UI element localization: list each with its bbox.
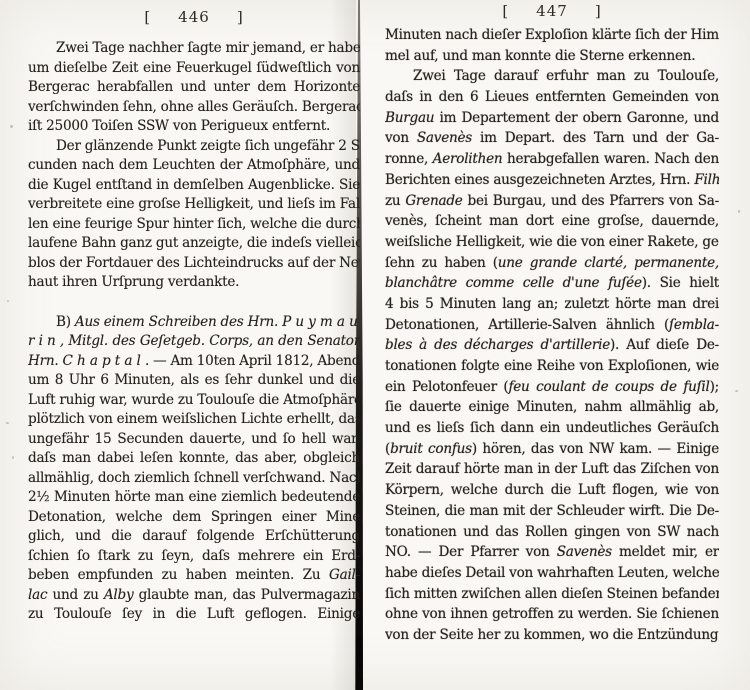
text-line: Zwei Tage nachher ſagte mir jemand, er h… xyxy=(28,39,360,59)
text-line: NO. — Der Pfarrer von Savenès meldet mir… xyxy=(385,542,719,563)
text-line: daſs man dabei leſen konnte, das aber, o… xyxy=(28,449,360,469)
text-line: Detonation, welche dem Springen einer Mi… xyxy=(28,508,360,528)
paragraph: Minuten nach dieſer Exploſion klärte ſic… xyxy=(385,25,719,66)
text-line: ein Pelotonfeuer (feu coulant de coups d… xyxy=(385,377,719,398)
text-line: ſie dauerte einige Minuten, nahm allmähl… xyxy=(385,397,719,418)
text-line: und es lieſs ſich dann ein undeutliches … xyxy=(385,418,719,439)
text-line: Minuten nach dieſer Exploſion klärte ſic… xyxy=(385,25,719,46)
text-line: blanchâtre comme celle d'une fuſée). Sie… xyxy=(385,273,719,294)
page-number-right: 447 xyxy=(536,2,568,20)
paragraph: Zwei Tage nachher ſagte mir jemand, er h… xyxy=(28,39,360,137)
text-line: ronne, Aerolithen herabgefallen waren. N… xyxy=(385,149,719,170)
bracket-close: ] xyxy=(595,2,602,20)
text-line: 4 bis 5 Minuten lang an; zuletzt hörte m… xyxy=(385,294,719,315)
text-line: B) Aus einem Schreiben des Hrn. Puymau- xyxy=(28,313,360,333)
text-line: tonationen folgte eine Reihe von Exploſi… xyxy=(385,356,719,377)
text-line: Der glänzende Punkt zeigte ſich ungefähr… xyxy=(28,137,360,157)
text-line: rin, Mitgl. des Geſetgeb. Corps, an den … xyxy=(28,332,360,352)
left-page-text: Zwei Tage nachher ſagte mir jemand, er h… xyxy=(28,39,360,625)
text-line: len eine feurige Spur hinter ſich, welch… xyxy=(28,215,360,235)
bracket-open: [ xyxy=(144,8,151,26)
text-line: von der Seite her zu kommen, wo die Entz… xyxy=(385,625,719,646)
paragraph: Zwei Tage darauf erfuhr man zu Toulouſe,… xyxy=(385,66,719,645)
text-line: verſchwinden ſehn, ohne alles Geräuſch. … xyxy=(28,98,360,118)
scan-noise-speck xyxy=(12,456,14,459)
text-line: blos der Fortdauer des Lichteindrucks au… xyxy=(28,254,360,274)
text-line: venès, ſcheint man dort eine groſse, dau… xyxy=(385,211,719,232)
paragraph: B) Aus einem Schreiben des Hrn. Puymau-r… xyxy=(28,313,360,625)
text-line: zu Toulouſe ſey in die Luft geflogen. Ei… xyxy=(28,605,360,625)
text-line: mel auf, und man konnte die Sterne erken… xyxy=(385,46,719,67)
text-line: Steinen, die man mit der Schleuder wirft… xyxy=(385,501,719,522)
text-line: ſehn zu haben (une grande clarté, perman… xyxy=(385,253,719,274)
text-line: glich, und die darauf folgende Erſchütte… xyxy=(28,527,360,547)
text-line: um 8 Uhr 6 Minuten, als es ſehr dunkel u… xyxy=(28,371,360,391)
text-line: ſich mitten zwiſchen allen dieſen Steine… xyxy=(385,584,719,605)
text-line: Körpern, welche durch die Luft flogen, w… xyxy=(385,480,719,501)
text-line: cunden nach dem Leuchten der Atmoſphäre,… xyxy=(28,156,360,176)
text-line: lac und zu Alby glaubte man, das Pulverm… xyxy=(28,586,360,606)
text-line: laufene Bahn ganz gut anzeigte, die inde… xyxy=(28,234,360,254)
text-line: Burgau im Departement der obern Garonne,… xyxy=(385,108,719,129)
text-line: 2½ Minuten hörte man eine ziemlich bedeu… xyxy=(28,488,360,508)
text-line: die Kugel entſtand in demſelben Augenbli… xyxy=(28,176,360,196)
text-line: tonationen und das Rollen gingen von SW … xyxy=(385,522,719,543)
text-line: Hrn. Chaptal. — Am 10ten April 1812, Abe… xyxy=(28,352,360,372)
text-line: ohne von ihnen getroffen zu werden. Sie … xyxy=(385,604,719,625)
text-line: weiſsliche Helligkeit, wie die von einer… xyxy=(385,232,719,253)
scan-noise-speck xyxy=(7,300,9,302)
bracket-open: [ xyxy=(502,2,509,20)
page-header-left: [446] xyxy=(28,0,360,26)
scan-noise-speck xyxy=(6,422,9,424)
left-page: [446] Zwei Tage nachher ſagte mir jemand… xyxy=(28,0,360,625)
text-line: Luft ruhig war, wurde zu Toulouſe die At… xyxy=(28,391,360,411)
scan-noise-speck xyxy=(10,125,13,128)
text-line: verbreitete eine groſse Helligkeit, und … xyxy=(28,195,360,215)
scan-noise-speck xyxy=(738,210,740,213)
bracket-close: ] xyxy=(237,8,244,26)
text-line: ſchien ſo ſtark zu ſeyn, daſs mehrere ei… xyxy=(28,547,360,567)
text-line: (bruit confus) hören, das von NW kam. — … xyxy=(385,439,719,460)
text-line: Zwei Tage darauf erfuhr man zu Toulouſe, xyxy=(385,66,719,87)
right-page: [447] Minuten nach dieſer Exploſion klär… xyxy=(385,0,719,646)
text-line: allmählig, doch ziemlich ſchnell verſchw… xyxy=(28,469,360,489)
text-line: um dieſelbe Zeit eine Feuerkugel ſüdweſt… xyxy=(28,59,360,79)
text-line: habe dieſes Detail von wahrhaften Leuten… xyxy=(385,563,719,584)
paragraph: Der glänzende Punkt zeigte ſich ungefähr… xyxy=(28,137,360,293)
text-line: iſt 25000 Toiſen SSW von Perigueux entfe… xyxy=(28,117,360,137)
text-line: Berichten eines ausgezeichneten Arztes, … xyxy=(385,170,719,191)
text-line: ungefähr 15 Secunden dauerte, und ſo hel… xyxy=(28,430,360,450)
text-line: daſs in den 6 Lieues entfernten Gemeinde… xyxy=(385,87,719,108)
page-number-left: 446 xyxy=(178,8,210,26)
scan-noise-speck xyxy=(735,390,738,392)
text-line: haut ihren Urſprung verdankte. xyxy=(28,273,360,293)
text-line: Bergerac herabfallen und unter dem Horiz… xyxy=(28,78,360,98)
book-scan: [446] Zwei Tage nachher ſagte mir jemand… xyxy=(0,0,750,690)
text-line: zu Grenade bei Burgau, und des Pfarrers … xyxy=(385,191,719,212)
page-header-right: [447] xyxy=(385,0,719,20)
text-line: plötzlich von einem weiſslichen Lichte e… xyxy=(28,410,360,430)
text-line: Zeit darauf hörte man in der Luft das Zi… xyxy=(385,459,719,480)
text-line: beben empfunden zu haben meinten. Zu Gai… xyxy=(28,566,360,586)
text-line: Detonationen, Artillerie-Salven ähnlich … xyxy=(385,315,719,336)
text-line: bles à des décharges d'artillerie). Auf … xyxy=(385,335,719,356)
text-line: von Savenès im Depart. des Tarn und der … xyxy=(385,128,719,149)
right-page-text: Minuten nach dieſer Exploſion klärte ſic… xyxy=(385,25,719,646)
